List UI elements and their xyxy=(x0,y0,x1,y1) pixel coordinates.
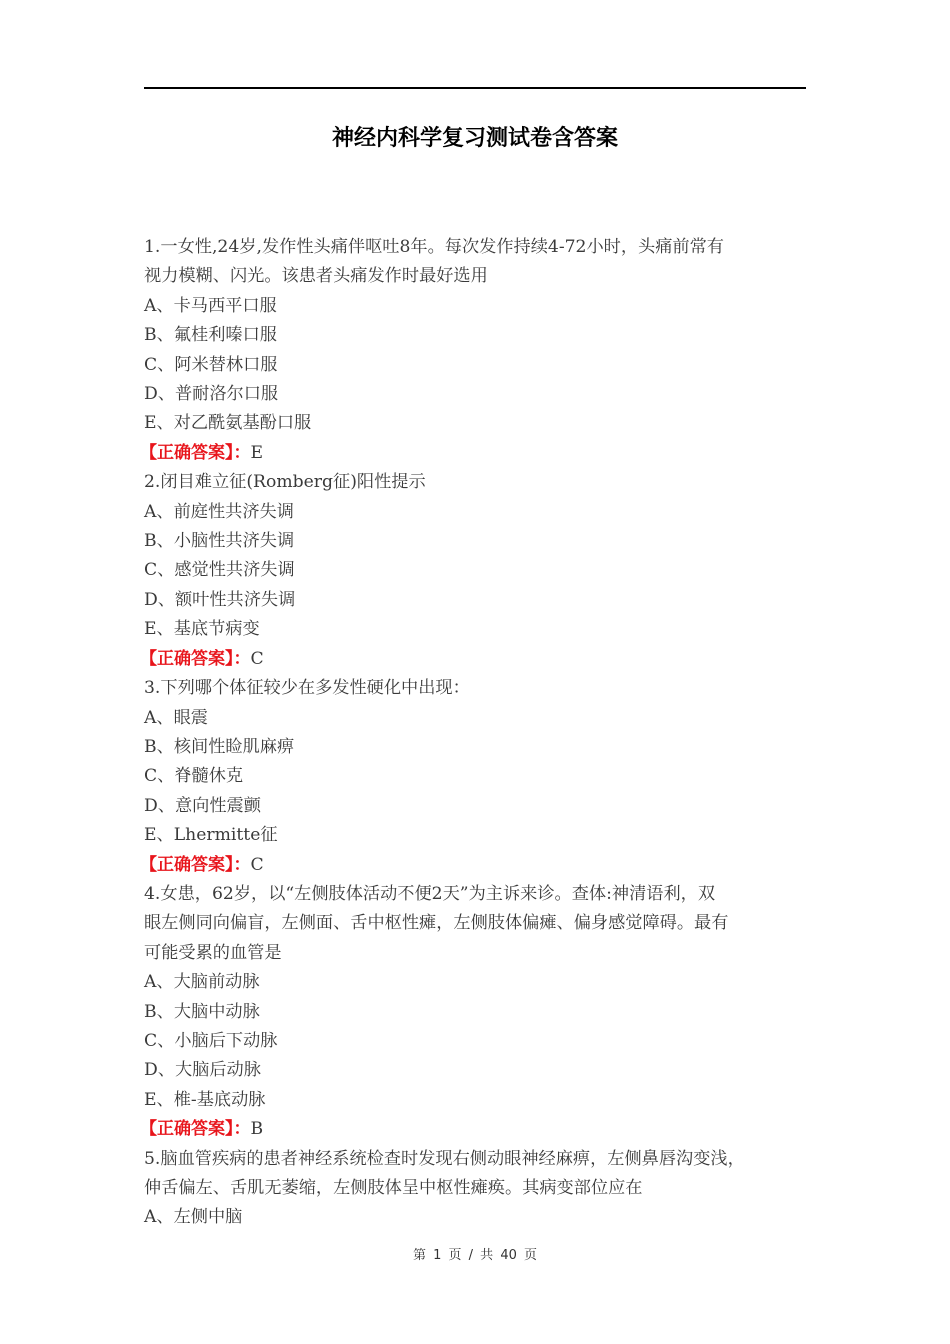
answer-label: 【正确答案】： xyxy=(140,855,251,875)
question-stem-line: 3.下列哪个体征较少在多发性硬化中出现： xyxy=(144,674,808,703)
question-stem-line: 4.女患，62岁，以“左侧肢体活动不便2天”为主诉来诊。查体:神清语利，双 xyxy=(144,880,808,909)
question-stem-line: 5.脑血管疾病的患者神经系统检查时发现右侧动眼神经麻痹，左侧鼻唇沟变浅， xyxy=(144,1145,808,1174)
question-stem-line: 2.闭目难立征(Romberg征)阳性提示 xyxy=(144,468,808,497)
document-title: 神经内科学复习测试卷含答案 xyxy=(0,121,950,155)
option-d: D、意向性震颤 xyxy=(144,792,808,821)
option-e: E、基底节病变 xyxy=(144,615,808,644)
answer-label: 【正确答案】： xyxy=(140,649,251,669)
question-3: 3.下列哪个体征较少在多发性硬化中出现： A、眼震 B、核间性睑肌麻痹 C、脊髓… xyxy=(144,674,808,880)
question-stem-line: 1.一女性,24岁,发作性头痛伴呕吐8年。每次发作持续4-72小时，头痛前常有 xyxy=(144,233,808,262)
option-a: A、大脑前动脉 xyxy=(144,968,808,997)
option-c: C、感觉性共济失调 xyxy=(144,556,808,585)
option-a: A、卡马西平口服 xyxy=(144,292,808,321)
option-c: C、脊髓休克 xyxy=(144,762,808,791)
option-b: B、氟桂利嗪口服 xyxy=(144,321,808,350)
answer-label: 【正确答案】： xyxy=(140,1119,251,1139)
option-a: A、前庭性共济失调 xyxy=(144,498,808,527)
option-a: A、左侧中脑 xyxy=(144,1203,808,1232)
question-1: 1.一女性,24岁,发作性头痛伴呕吐8年。每次发作持续4-72小时，头痛前常有 … xyxy=(144,233,808,468)
answer-value: C xyxy=(251,855,264,875)
option-b: B、核间性睑肌麻痹 xyxy=(144,733,808,762)
option-e: E、椎-基底动脉 xyxy=(144,1086,808,1115)
question-4: 4.女患，62岁，以“左侧肢体活动不便2天”为主诉来诊。查体:神清语利，双 眼左… xyxy=(144,880,808,1145)
correct-answer: 【正确答案】：C xyxy=(144,851,808,880)
answer-value: B xyxy=(251,1119,264,1139)
option-d: D、大脑后动脉 xyxy=(144,1056,808,1085)
option-e: E、对乙酰氨基酚口服 xyxy=(144,409,808,438)
correct-answer: 【正确答案】：E xyxy=(144,439,808,468)
page-indicator: 第 1 页 / 共 40 页 xyxy=(0,1244,950,1263)
header-divider xyxy=(144,87,806,89)
correct-answer: 【正确答案】：C xyxy=(144,645,808,674)
option-d: D、普耐洛尔口服 xyxy=(144,380,808,409)
answer-value: C xyxy=(251,649,264,669)
option-a: A、眼震 xyxy=(144,704,808,733)
option-c: C、小脑后下动脉 xyxy=(144,1027,808,1056)
answer-value: E xyxy=(251,443,264,463)
option-d: D、额叶性共济失调 xyxy=(144,586,808,615)
question-list: 1.一女性,24岁,发作性头痛伴呕吐8年。每次发作持续4-72小时，头痛前常有 … xyxy=(144,233,808,1233)
option-b: B、小脑性共济失调 xyxy=(144,527,808,556)
answer-label: 【正确答案】： xyxy=(140,443,251,463)
question-2: 2.闭目难立征(Romberg征)阳性提示 A、前庭性共济失调 B、小脑性共济失… xyxy=(144,468,808,674)
question-stem-line: 可能受累的血管是 xyxy=(144,939,808,968)
question-stem-line: 眼左侧同向偏盲，左侧面、舌中枢性瘫，左侧肢体偏瘫、偏身感觉障碍。最有 xyxy=(144,909,808,938)
question-stem-line: 伸舌偏左、舌肌无萎缩，左侧肢体呈中枢性瘫痪。其病变部位应在 xyxy=(144,1174,808,1203)
option-e: E、Lhermitte征 xyxy=(144,821,808,850)
question-stem-line: 视力模糊、闪光。该患者头痛发作时最好选用 xyxy=(144,262,808,291)
question-5: 5.脑血管疾病的患者神经系统检查时发现右侧动眼神经麻痹，左侧鼻唇沟变浅， 伸舌偏… xyxy=(144,1145,808,1233)
correct-answer: 【正确答案】：B xyxy=(144,1115,808,1144)
option-b: B、大脑中动脉 xyxy=(144,998,808,1027)
option-c: C、阿米替林口服 xyxy=(144,351,808,380)
